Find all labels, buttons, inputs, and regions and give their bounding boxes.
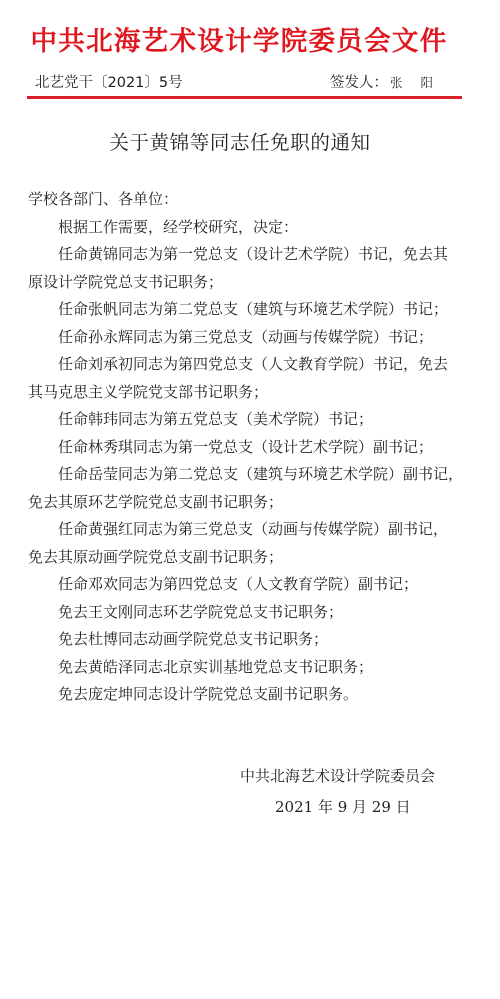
body-paragraph-line: 根据工作需要，经学校研究，决定： [58, 214, 298, 242]
signing-date: 2021 年 9 月 29 日 [275, 795, 411, 819]
body-paragraph-line: 免去庞定坤同志设计学院党总支副书记职务。 [58, 681, 358, 709]
body-paragraph-line: 免去杜博同志动画学院党总支书记职务； [58, 626, 328, 654]
body-paragraph-line: 原设计学院党总支书记职务； [28, 269, 223, 297]
issuer-name: 张 阳 [390, 75, 440, 90]
body-paragraph-line: 任命韩玮同志为第五党总支（美术学院）书记； [58, 406, 373, 434]
body-paragraph-line: 免去王文刚同志环艺学院党总支书记职务； [58, 599, 343, 627]
body-paragraph-line: 任命黄锦同志为第一党总支（设计艺术学院）书记，免去其 [58, 241, 448, 269]
document-number: 北艺党干〔2021〕5号 [35, 73, 183, 93]
document-meta-row: 北艺党干〔2021〕5号 签发人：张 阳 [35, 73, 440, 93]
body-paragraph-line: 其马克思主义学院党支部书记职务； [28, 379, 268, 407]
red-header-title: 中共北海艺术设计学院委员会文件 [0, 26, 500, 58]
body-paragraph-line: 免去黄皓泽同志北京实训基地党总支书记职务； [58, 654, 373, 682]
body-paragraph-line: 任命黄强红同志为第三党总支（动画与传媒学院）副书记， [58, 516, 448, 544]
body-paragraph-line: 任命林秀琪同志为第一党总支（设计艺术学院）副书记； [58, 434, 433, 462]
notice-title: 关于黄锦等同志任免职的通知 [0, 130, 480, 156]
red-divider-line [27, 96, 462, 99]
body-paragraph-line: 任命孙永辉同志为第三党总支（动画与传媒学院）书记； [58, 324, 433, 352]
body-paragraph-line: 免去其原环艺学院党总支副书记职务； [28, 489, 283, 517]
salutation: 学校各部门、各单位： [28, 186, 178, 214]
issuer: 签发人：张 阳 [330, 73, 440, 93]
issuer-label: 签发人： [330, 75, 388, 91]
body-paragraph-line: 任命张帆同志为第二党总支（建筑与环境艺术学院）书记； [58, 296, 448, 324]
body-paragraph-line: 任命岳莹同志为第二党总支（建筑与环境艺术学院）副书记， [58, 461, 463, 489]
body-paragraph-line: 任命邓欢同志为第四党总支（人文教育学院）副书记； [58, 571, 418, 599]
signing-organization: 中共北海艺术设计学院委员会 [240, 764, 435, 788]
red-header-title-text: 中共北海艺术设计学院委员会文件 [31, 26, 448, 58]
body-paragraph-line: 任命刘承初同志为第四党总支（人文教育学院）书记，免去 [58, 351, 448, 379]
body-paragraph-line: 免去其原动画学院党总支副书记职务； [28, 544, 283, 572]
